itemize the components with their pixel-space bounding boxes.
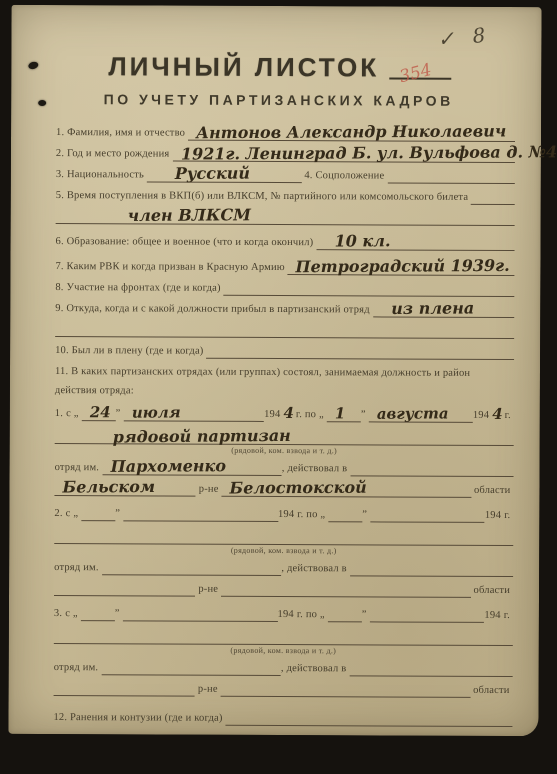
record-day-line: 24 [82,406,116,421]
form-label-fragment: ” [115,508,123,521]
record-day-line [81,506,115,521]
form-label-fragment: р-не [195,584,221,597]
field-blank-line [226,711,513,727]
corner-pencil-note: ✓ 8 [437,22,493,51]
document-title: ЛИЧНЫЙ ЛИСТОК [108,51,379,83]
form-label-fragment: , действовал в [281,563,350,576]
handwritten-year-digit: 4 [283,406,294,421]
record-oblast-line [221,582,470,598]
form-label-fragment: области [471,485,514,498]
record-dates-row: 1. с „ 24 ” июля 194 4 г. по „ 1 ” авгус… [55,405,514,423]
form-label-fragment: отряд им. [55,462,103,475]
record-oblast-line: Белостокской [222,482,471,498]
record-otryad-line: Пархоменко [102,460,282,476]
record-acted-line [350,561,513,577]
scanned-document-background: ✓ 8 ЛИЧНЫЙ ЛИСТОК 354 ПО УЧЕТУ ПАРТИЗАНС… [0,0,557,774]
form-label-fragment: 194 [264,409,283,422]
record-day-line: 1 [327,407,361,422]
record-district-row: р-не области [54,580,513,598]
record-otryad-row: отряд им. , действовал в [54,559,513,577]
handwritten-value: 10 кл. [334,233,390,249]
form-label-fragment: с „ [66,508,82,521]
record-acted-line [349,661,512,677]
field-row-education: 6. Образование: общее и военное (что и к… [56,233,515,251]
field-row-rvk: 7. Каким РВК и когда призван в Красную А… [55,258,514,276]
form-label-fragment: ” [362,510,370,523]
handwritten-value: из плена [391,300,474,317]
form-label-fragment: 194 [473,410,492,423]
form-label-fragment: р-не [196,484,222,497]
handwritten-day: 24 [90,405,111,420]
field-label-detachments: 11. В каких партизанских отрядах (или гр… [55,363,514,403]
record-position-row: (рядовой, ком. взвода и т. д.) [54,526,513,557]
field-row-party-value: член ВЛКСМ [56,208,515,226]
record-district-line: Бельском [54,481,195,497]
paper-hole [28,61,39,70]
record-otryad-line [101,660,281,676]
field-blank-line [206,344,514,360]
record-day-line [328,607,362,622]
handwritten-otryad: Пархоменко [110,458,226,475]
record-dates-row: 3. с „ ” 194 г. по „ ” 194 г. [54,605,513,623]
handwritten-month: июля [131,405,180,420]
form-label-fragment: области [471,585,514,598]
record-index: 1. [55,408,66,421]
handwritten-year-digit: 4 [492,407,503,422]
record-month-line [370,607,485,623]
record-index: 2. [54,508,65,521]
field-label: 1. Фамилия, имя и отчество [56,127,188,140]
field-blank-line [55,322,514,339]
record-month-line: июля [123,406,264,422]
field-label: 9. Откуда, когда и с какой должности при… [55,303,373,317]
document-header: ЛИЧНЫЙ ЛИСТОК 354 [44,51,515,84]
record-month-line [123,506,278,522]
record-oblast-line [221,682,470,698]
field-label: 10. Был ли в плену (где и когда) [55,345,206,358]
field-blank-line: Русский [147,167,301,183]
record-day-line [81,606,115,621]
handwritten-day: 1 [335,406,346,421]
paper-sheet: ✓ 8 ЛИЧНЫЙ ЛИСТОК 354 ПО УЧЕТУ ПАРТИЗАНС… [8,5,541,736]
form-label-fragment: г. [504,610,513,623]
field-blank-line: Петроградский 1939г. [288,260,515,276]
handwritten-value: 1921г. Ленинград Б. ул. Вульфова д. №4 [180,144,556,162]
form-label-fragment: , действовал в [282,463,351,476]
field-label: 6. Образование: общее и военное (что и к… [56,236,317,250]
form-label-fragment: 194 [484,610,503,623]
handwritten-value: Петроградский 1939г. [296,258,510,275]
record-otryad-row: отряд им. Пархоменко , действовал в [55,459,514,477]
title-underline: 354 [389,71,451,79]
field-blank-line: 1921г. Ленинград Б. ул. Вульфова д. №4 [172,147,515,163]
field-blank-line [471,190,515,205]
field-blank-line: член ВЛКСМ [56,209,515,226]
field-label: 7. Каким РВК и когда призван в Красную А… [55,261,287,275]
handwritten-value: член ВЛКСМ [128,207,251,224]
record-district-row: р-не области [54,680,513,698]
field-row-surname: 1. Фамилия, имя и отчество Антонов Алекс… [56,124,515,142]
record-position-row: (рядовой, ком. взвода и т. д.) [54,626,513,657]
record-otryad-line [102,560,282,576]
continuation-blank-line [55,321,514,339]
form-label-fragment: г. [505,410,514,423]
form-label-fragment: с „ [66,408,82,421]
form-label-fragment: г. по „ [297,609,328,622]
field-blank-line [387,168,515,184]
field-row-nationality: 3. Национальность Русский 4. Соцположени… [56,166,515,184]
field-label: 8. Участие на фронтах (где и когда) [55,282,223,295]
form-label-fragment: области [470,685,513,698]
record-acted-line [350,461,513,477]
form-label-fragment: отряд им. [54,562,102,575]
field-row-arrival: 9. Откуда, когда и с какой должности при… [55,300,514,318]
record-position-hint: (рядовой, ком. взвода и т. д.) [54,544,513,557]
field-label: 2. Год и место рождения [56,148,173,161]
record-position-hint: (рядовой, ком. взвода и т. д.) [54,644,513,657]
record-position-line: рядовой партизан [55,426,514,446]
form-label-fragment: г. по „ [296,409,327,422]
record-day-line [328,507,362,522]
form-label-fragment: 194 [277,609,296,622]
form-label-fragment: г. по „ [297,509,328,522]
field-row-wounds: 12. Ранения и контузии (где и когда) [53,709,512,727]
form-label-fragment: ” [362,610,370,623]
record-month-line: августа [369,407,473,422]
paper-hole [38,100,46,106]
form-label-fragment: 194 [485,510,504,523]
handwritten-oblast: Белостокской [230,479,367,496]
record-district-line [54,681,195,697]
form-label-fragment: 194 [278,509,297,522]
form-body: 1. Фамилия, имя и отчество Антонов Алекс… [53,124,515,727]
handwritten-value: Антонов Александр Николаевич [196,123,506,141]
record-district-row: Бельском р-не Белостокской области [54,480,513,498]
registry-number-handwritten: 354 [397,60,433,87]
field-row-captivity: 10. Был ли в плену (где и когда) [55,342,514,360]
form-label-fragment: р-не [195,684,221,697]
form-label-fragment: г. [504,510,513,523]
record-dates-row: 2. с „ ” 194 г. по „ ” 194 г. [54,505,513,523]
handwritten-position: рядовой партизан [113,428,291,446]
field-label: 5. Время поступления в ВКП(б) или ВЛКСМ,… [56,190,472,204]
handwritten-district: Бельском [62,479,155,496]
field-blank-line: Антонов Александр Николаевич [188,126,515,142]
record-month-line [123,606,278,622]
record-position-line [54,626,513,646]
field-blank-line [224,281,515,297]
field-blank-line: 10 кл. [316,235,514,251]
form-label-fragment: ” [115,608,123,621]
field-label: 3. Национальность [56,169,147,182]
handwritten-value: Русский [175,165,250,181]
record-month-line [370,507,485,523]
record-position-row: рядовой партизан (рядовой, ком. взвода и… [55,426,514,457]
record-position-line [54,526,513,546]
form-label-fragment: отряд им. [54,662,102,675]
field-row-fronts: 8. Участие на фронтах (где и когда) [55,279,514,297]
field-row-party: 5. Время поступления в ВКП(б) или ВЛКСМ,… [56,187,515,205]
record-otryad-row: отряд им. , действовал в [54,659,513,677]
field-row-birth: 2. Год и место рождения 1921г. Ленинград… [56,145,515,163]
handwritten-month: августа [377,406,449,421]
record-district-line [54,581,195,597]
form-label-fragment: , действовал в [281,663,350,676]
form-label-fragment: ” [361,410,369,423]
field-label: 4. Соцположение [301,171,387,184]
field-label: 12. Ранения и контузии (где и когда) [53,712,225,725]
form-label-fragment: ” [116,408,124,421]
form-label-fragment: с „ [65,608,81,621]
document-subtitle: ПО УЧЕТУ ПАРТИЗАНСКИХ КАДРОВ [42,91,515,109]
field-blank-line: из плена [373,302,515,318]
record-index: 3. [54,608,65,621]
